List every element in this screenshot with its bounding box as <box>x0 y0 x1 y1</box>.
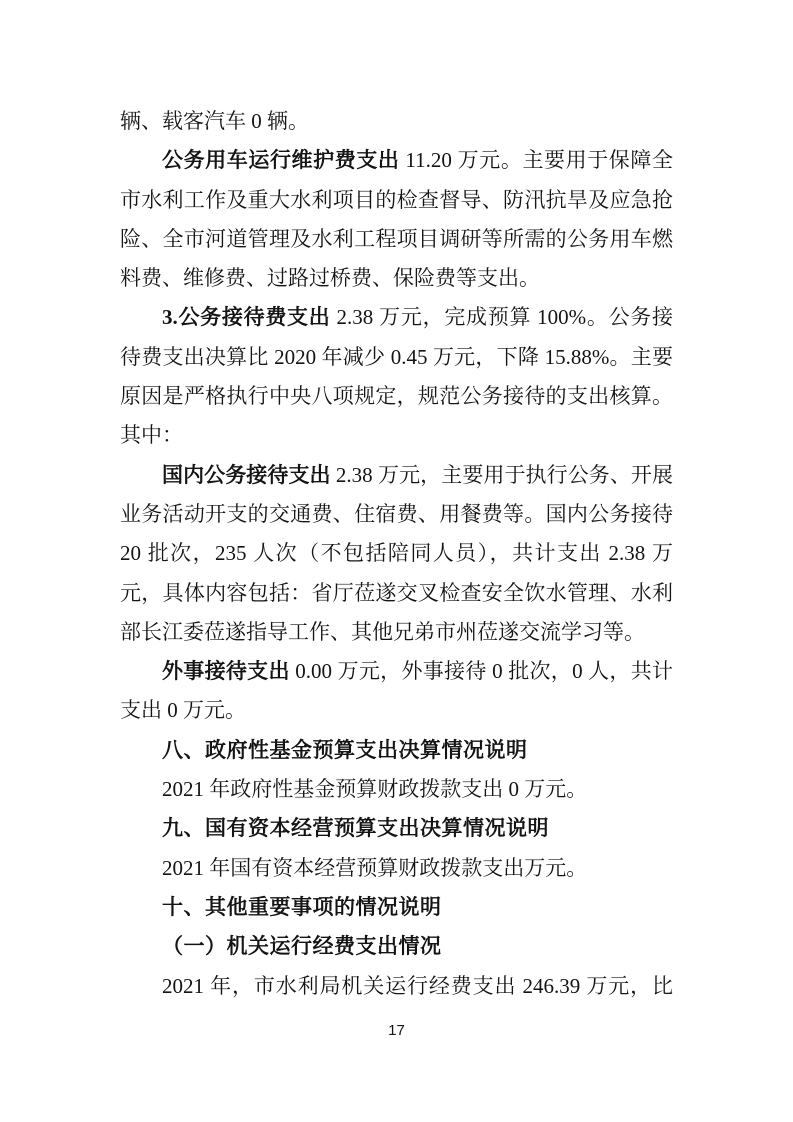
paragraph-gov-fund: 2021 年政府性基金预算财政拨款支出 0 万元。 <box>120 770 673 809</box>
section-heading-text: 八、政府性基金预算支出决算情况说明 <box>162 739 528 762</box>
paragraph-lead-bold: 3.公务接待费支出 <box>162 305 330 329</box>
document-page: 辆、载客汽车 0 辆。 公务用车运行维护费支出 11.20 万元。主要用于保障全… <box>0 0 793 1122</box>
paragraph-text: 2021 年，市水利局机关运行经费支出 246.39 万元，比 <box>162 974 673 998</box>
paragraph-lead-bold: 国内公务接待支出 <box>162 463 331 487</box>
paragraph-reception-expense: 3.公务接待费支出 2.38 万元，完成预算 100%。公务接待费支出决算比 2… <box>120 298 673 455</box>
section-heading-8: 八、政府性基金预算支出决算情况说明 <box>120 731 673 770</box>
paragraph-text: 辆、载客汽车 0 辆。 <box>120 109 309 133</box>
section-heading-text: 十、其他重要事项的情况说明 <box>162 896 442 919</box>
paragraph-foreign-reception: 外事接待支出 0.00 万元，外事接待 0 批次，0 人，共计支出 0 万元。 <box>120 652 673 731</box>
paragraph-state-capital: 2021 年国有资本经营预算财政拨款支出万元。 <box>120 849 673 888</box>
section-heading-9: 九、国有资本经营预算支出决算情况说明 <box>120 809 673 848</box>
sub-heading-1: （一）机关运行经费支出情况 <box>120 927 673 966</box>
paragraph-vehicle-maintenance: 公务用车运行维护费支出 11.20 万元。主要用于保障全市水利工作及重大水利项目… <box>120 141 673 298</box>
paragraph-lead-bold: 公务用车运行维护费支出 <box>162 148 400 172</box>
paragraph-text: 2021 年国有资本经营预算财政拨款支出万元。 <box>162 856 587 880</box>
page-number: 17 <box>0 1022 793 1039</box>
paragraph-domestic-reception: 国内公务接待支出 2.38 万元，主要用于执行公务、开展业务活动开支的交通费、住… <box>120 456 673 652</box>
sub-heading-text: （一）机关运行经费支出情况 <box>162 934 442 958</box>
paragraph-text: 2021 年政府性基金预算财政拨款支出 0 万元。 <box>162 777 587 801</box>
paragraph-lead-bold: 外事接待支出 <box>162 659 290 683</box>
paragraph-text: 2.38 万元，主要用于执行公务、开展业务活动开支的交通费、住宿费、用餐费等。国… <box>120 463 673 644</box>
document-body: 辆、载客汽车 0 辆。 公务用车运行维护费支出 11.20 万元。主要用于保障全… <box>120 102 673 1006</box>
paragraph-operating-expense: 2021 年，市水利局机关运行经费支出 246.39 万元，比 <box>120 967 673 1006</box>
section-heading-10: 十、其他重要事项的情况说明 <box>120 888 673 927</box>
paragraph-continuation: 辆、载客汽车 0 辆。 <box>120 102 673 141</box>
section-heading-text: 九、国有资本经营预算支出决算情况说明 <box>162 817 549 840</box>
